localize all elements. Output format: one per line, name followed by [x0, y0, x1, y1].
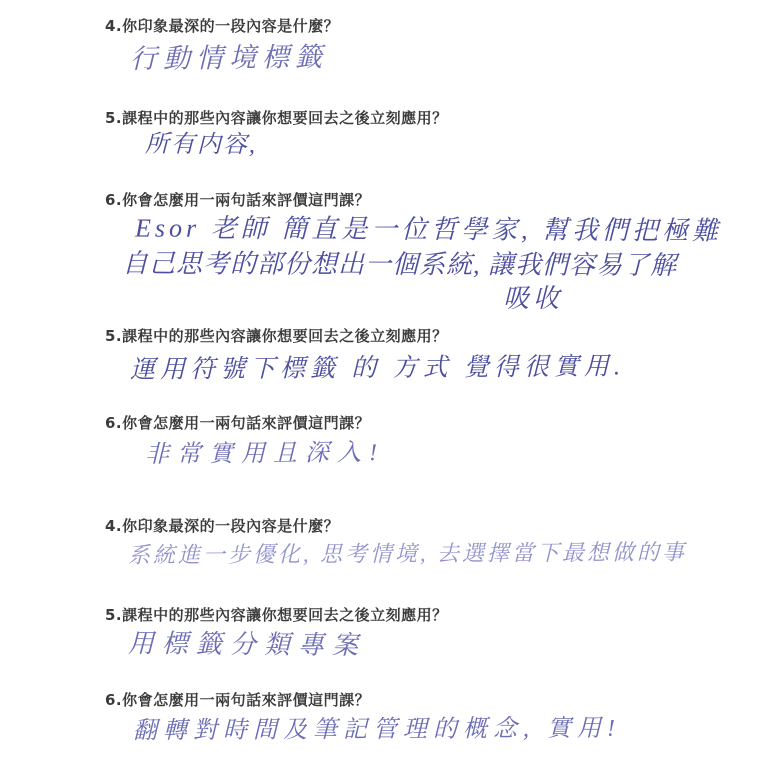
question-text: 6.你會怎麼用一兩句話來評價這門課？ [105, 689, 370, 710]
handwritten-answer: 運用符號下標籤 的 方式 覺得很實用. [130, 346, 625, 385]
handwritten-answer: 自己思考的部份想出一個系統, 讓我們容易了解 [122, 243, 677, 282]
handwritten-answer: 用標籤分類專案 [128, 623, 366, 662]
handwritten-answer: 非常實用且深入! [145, 432, 385, 469]
question-text: 5.課程中的那些內容讓你想要回去之後立刻應用？ [105, 604, 448, 625]
handwritten-answer: 翻轉對時間及筆記管理的概念, 實用! [133, 708, 621, 746]
handwritten-answer: 所有内容, [145, 124, 257, 160]
question-text: 6.你會怎麼用一兩句話來評價這門課？ [105, 412, 370, 433]
question-text: 4.你印象最深的一段內容是什麼？ [105, 515, 339, 536]
question-text: 4.你印象最深的一段內容是什麼？ [105, 15, 339, 36]
handwritten-answer: 吸收 [503, 278, 563, 315]
handwritten-answer: 行動情境標籤 [130, 35, 328, 76]
handwritten-answer: Esor 老師 簡直是一位哲學家, 幫我們把極難 [135, 207, 722, 247]
question-text: 5.課程中的那些內容讓你想要回去之後立刻應用？ [105, 325, 448, 346]
scanned-survey-page: 4.你印象最深的一段內容是什麼？ 行動情境標籤 5.課程中的那些內容讓你想要回去… [0, 0, 779, 773]
handwritten-answer: 系統進一步優化, 思考情境, 去選擇當下最想做的事 [128, 536, 687, 570]
